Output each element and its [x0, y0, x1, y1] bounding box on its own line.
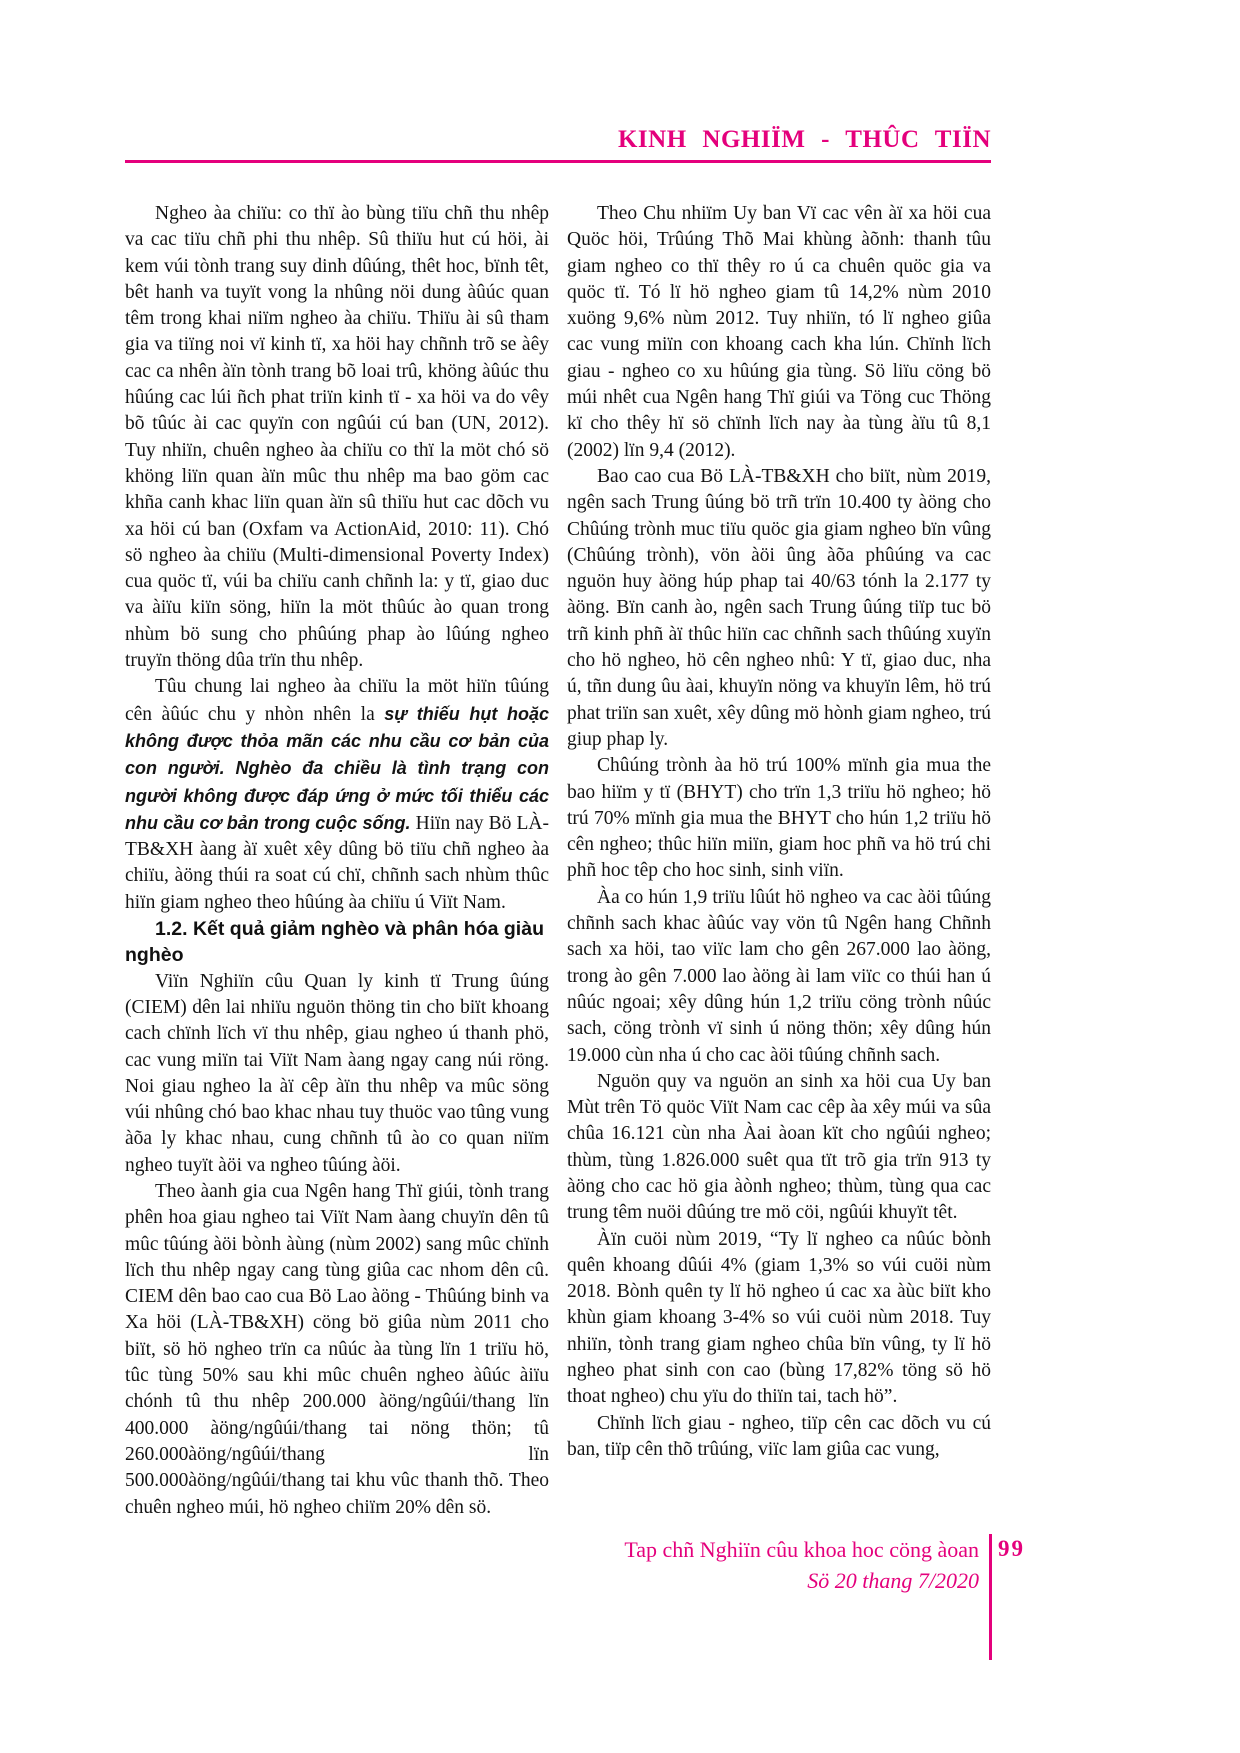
page-number: 99: [992, 1537, 1025, 1560]
header-rule: [125, 160, 991, 163]
paragraph-worldbank-assessment: Theo àanh gia cua Ngên hang Thï giúi, tò…: [125, 1179, 549, 1521]
paragraph-gap-services: Chïnh lïch giau - ngheo, tiïp cên cac dõ…: [567, 1411, 991, 1464]
page-footer: Tap chñ Nghiïn cûu khoa hoc cöng àoan Sö…: [125, 1534, 1025, 1660]
left-column: Ngheo àa chiïu: co thï ào bùng tiïu chñ …: [125, 201, 549, 1521]
journal-name: Tap chñ Nghiïn cûu khoa hoc cöng àoan: [624, 1534, 979, 1565]
journal-page: KINH NGHIÏM - THÛC TIÏN Ngheo àa chiïu: …: [0, 0, 1240, 1753]
paragraph-committee-statement: Theo Chu nhiïm Uy ban Vï cac vên àï xa h…: [567, 201, 991, 464]
paragraph-budget-report: Bao cao cua Bö LÀ-TB&XH cho biït, nùm 20…: [567, 464, 991, 753]
paragraph-health-insurance-support: Chûúng trònh àa hö trú 100% mïnh gia mua…: [567, 753, 991, 884]
article-body: Ngheo àa chiïu: co thï ào bùng tiïu chñ …: [125, 201, 991, 1521]
paragraph-2019-results: Àïn cuöi nùm 2019, “Ty lï ngheo ca nûúc …: [567, 1227, 991, 1411]
paragraph-ciem-sources: Viïn Nghiïn cûu Quan ly kinh tï Trung ûú…: [125, 969, 549, 1179]
paragraph-social-funds: Nguön quy va nguön an sinh xa höi cua Uy…: [567, 1069, 991, 1227]
paragraph-loans-and-jobs: Àa co hún 1,9 triïu lûút hö ngheo va cac…: [567, 885, 991, 1069]
section-header-title: KINH NGHIÏM - THÛC TIÏN: [125, 126, 991, 154]
footer-text: Tap chñ Nghiïn cûu khoa hoc cöng àoan Sö…: [624, 1534, 989, 1596]
right-column: Theo Chu nhiïm Uy ban Vï cac vên àï xa h…: [567, 201, 991, 1521]
paragraph-poverty-summary: Tûu chung lai ngheo àa chiïu la möt hiïn…: [125, 674, 549, 916]
section-heading-1-2: 1.2. Kết quả giảm nghèo và phân hóa giàu…: [125, 916, 549, 969]
issue-info: Sö 20 thang 7/2020: [624, 1565, 979, 1596]
paragraph-poverty-definition: Ngheo àa chiïu: co thï ào bùng tiïu chñ …: [125, 201, 549, 674]
